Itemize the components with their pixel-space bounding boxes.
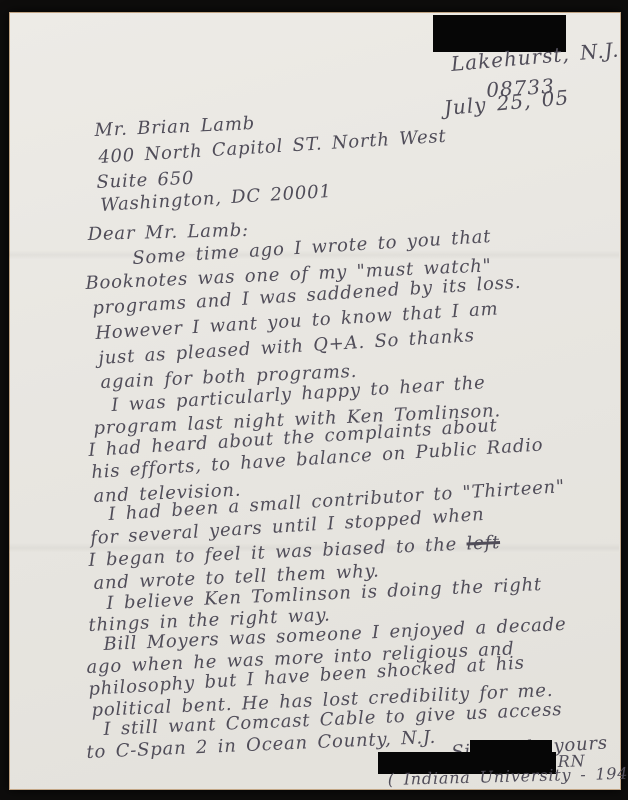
scanned-letter: Lakehurst, N.J. 08733 July 25, 05 Mr. Br… xyxy=(0,0,628,800)
struck-word: left xyxy=(466,532,500,554)
salutation: Dear Mr. Lamb: xyxy=(87,220,249,245)
